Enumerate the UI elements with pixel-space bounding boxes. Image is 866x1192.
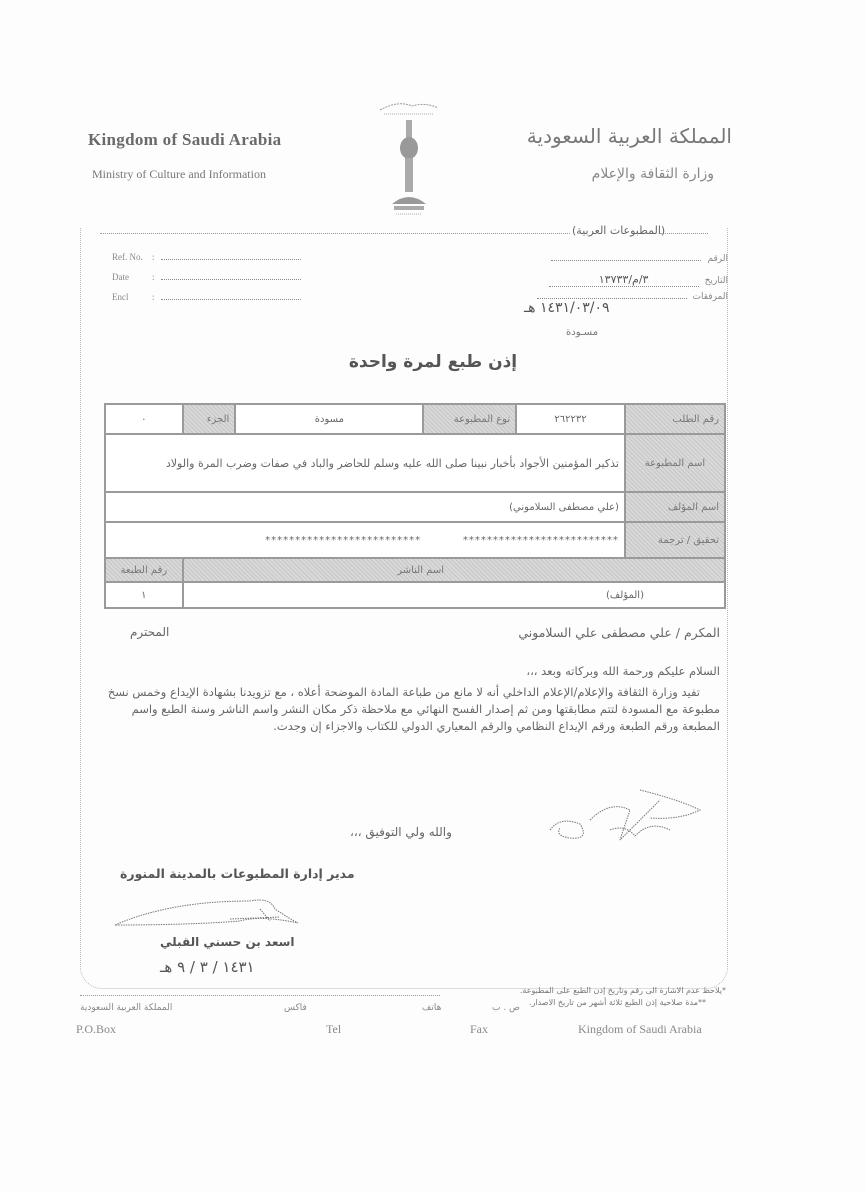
recipient: المكرم / علي مصطفى علي السلاموني (518, 625, 720, 640)
footnote-2: **مدة صلاحية إذن الطبع ثلاثة أشهر من تار… (529, 998, 706, 1007)
publisher-value: (المؤلف) (183, 582, 725, 608)
date-field: Date: (112, 272, 301, 282)
frame-top-border-right (660, 233, 708, 234)
footer-ar-fax: فاكس (284, 1003, 307, 1013)
frame-label: (المطبوعات العربية) (572, 224, 665, 237)
ar-encl-line (537, 298, 687, 299)
editor-value-1: ************************** (463, 535, 619, 546)
type-value: مسودة (235, 404, 423, 434)
footer-ar-pobox: ص . ب (492, 1003, 520, 1013)
greeting: السلام عليكم ورحمة الله وبركاته وبعد ،،، (526, 664, 720, 678)
footer-en-tel: Tel (326, 1022, 341, 1037)
edition-label: رقم الطبعة (105, 558, 183, 582)
publisher-label: اسم الناشر (183, 558, 725, 582)
footnote-1: *يلاحظ عدم الاشارة الى رقم وتاريخ إذن ال… (520, 986, 726, 995)
request-no-label: رقم الطلب (625, 404, 725, 434)
ar-date-field: التاريخ٣/م/١٣٧٣٣ (549, 273, 728, 287)
letterhead-en-subtitle: Ministry of Culture and Information (92, 167, 266, 182)
part-label: الجزء (183, 404, 236, 434)
date-label: Date (112, 272, 152, 282)
signature-scribble-icon (540, 780, 710, 850)
editor-translator-label: تحقيق / ترجمة (625, 522, 725, 558)
publication-name-label: اسم المطبوعة (625, 434, 725, 492)
encl-label: Encl (112, 292, 152, 302)
tower-emblem-icon (378, 98, 440, 220)
letterhead-ar-title: المملكة العربية السعودية (527, 124, 732, 148)
ar-date-value: ٣/م/١٣٧٣٣ (549, 273, 699, 287)
footer-ar-tel: هاتف (422, 1003, 441, 1013)
ar-date-label: التاريخ (705, 276, 728, 286)
closing-line: والله ولي التوفيق ،،، (350, 825, 452, 839)
ref-no-value (161, 259, 301, 260)
ref-no-field: Ref. No.: (112, 252, 301, 262)
frame-top-border (100, 233, 570, 234)
letterhead-en-title: Kingdom of Saudi Arabia (88, 130, 281, 150)
ar-encl-label: المرفقات (693, 292, 728, 302)
author-value: (علي مصطفى السلاموني) (105, 492, 625, 522)
director-title: مدير إدارة المطبوعات بالمدينة المنورة (120, 866, 355, 881)
encl-field: Encl: (112, 292, 301, 302)
footer-ar-country: المملكة العربية السعودية (80, 1003, 172, 1013)
date-value (161, 279, 301, 280)
editor-translator-value: ************************** *************… (105, 522, 625, 558)
edition-value: ١ (105, 582, 183, 608)
director-signature-icon (110, 895, 300, 935)
ref-no-label: Ref. No. (112, 252, 152, 262)
encl-value (161, 299, 301, 300)
author-label: اسم المؤلف (625, 492, 725, 522)
type-label: نوع المطبوعة (423, 404, 516, 434)
footer-en-country: Kingdom of Saudi Arabia (578, 1022, 702, 1037)
ar-ref-no-field: الرقم (551, 254, 728, 264)
part-value: ٠ (105, 404, 183, 434)
publication-name-value: تذكير المؤمنين الأجواد بأخبار نبينا صلى … (105, 434, 625, 492)
signer-name: اسعد بن حسني القبلي (160, 935, 295, 949)
signature-date: ١٤٣١ / ٣ / ٩ هـ (160, 958, 255, 976)
ar-ref-no-label: الرقم (707, 254, 728, 264)
draft-status: مسـودة (566, 327, 598, 338)
footer-en-fax: Fax (470, 1022, 488, 1037)
request-no-value: ٢٦٢٢٣٢ (516, 404, 625, 434)
ar-ref-no-value (551, 260, 701, 261)
body-paragraph: تفيد وزارة الثقافة والإعلام/الإعلام الدا… (104, 684, 720, 735)
letterhead-ar-subtitle: وزارة الثقافة والإعلام (592, 166, 714, 182)
respect-title: المحترم (130, 625, 169, 639)
permit-form-table: رقم الطلب ٢٦٢٢٣٢ نوع المطبوعة مسودة الجز… (104, 403, 726, 609)
footer-en-pobox: P.O.Box (76, 1022, 116, 1037)
ar-hijri-date: ١٤٣١/٠٣/٠٩ هـ (524, 300, 610, 316)
document-title: إذن طبع لمرة واحدة (0, 352, 866, 372)
editor-value-2: ************************** (265, 535, 421, 546)
footer-divider (80, 995, 440, 996)
